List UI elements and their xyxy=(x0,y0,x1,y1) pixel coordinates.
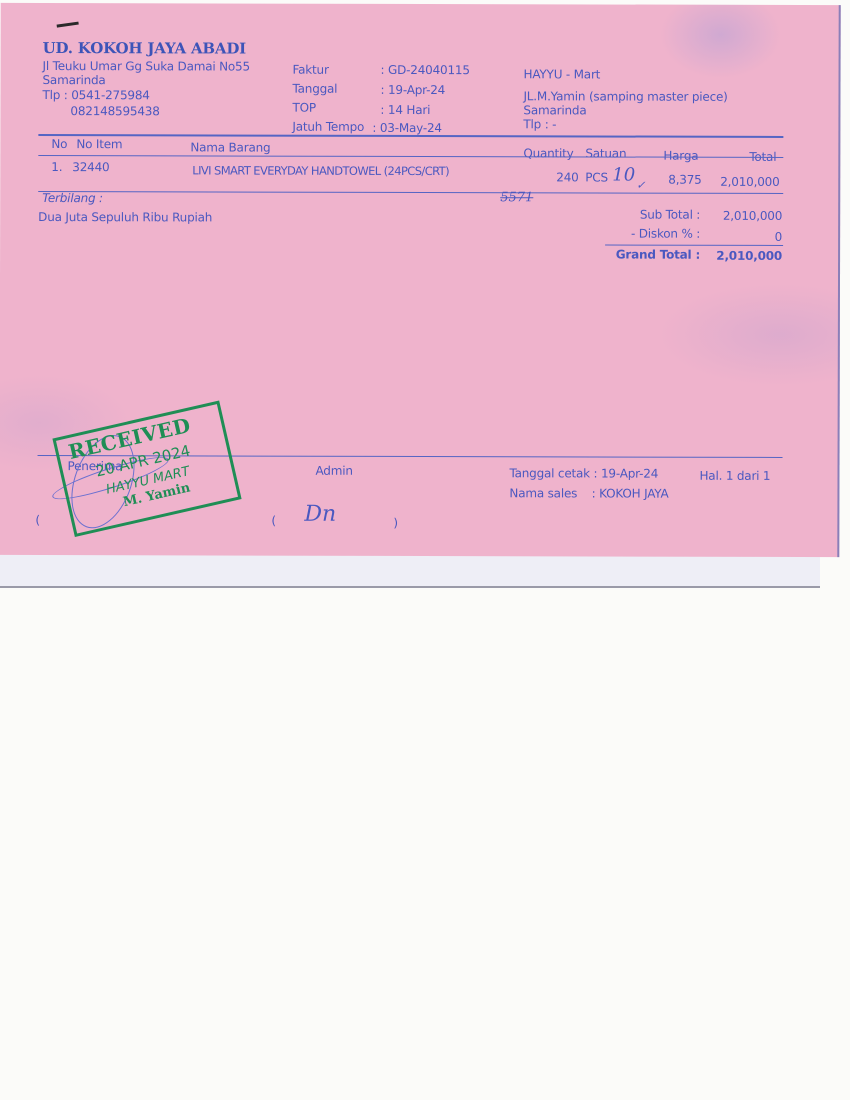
admin-label: Admin xyxy=(315,464,352,478)
table-top-rule xyxy=(38,134,783,138)
admin-signature: Dn xyxy=(304,502,336,527)
grand-total-label: Grand Total : xyxy=(580,247,700,261)
meta-label-tanggal: Tanggal xyxy=(292,82,337,96)
meta-label-jatuh-tempo: Jatuh Tempo xyxy=(292,120,364,134)
summary-rule xyxy=(605,244,783,245)
check-mark: ✓ xyxy=(636,179,645,192)
meta-value-faktur: : GD-24040115 xyxy=(381,63,470,77)
invoice-meta: Faktur : GD-24040115 Tanggal : 19-Apr-24… xyxy=(1,3,839,5)
header-item-name: Nama Barang xyxy=(190,140,270,154)
table-header: No No Item Nama Barang Quantity Satuan H… xyxy=(1,3,839,5)
handwritten-note: 5571 xyxy=(500,190,533,205)
pen-mark xyxy=(57,22,79,28)
buyer-phone: Tlp : - xyxy=(523,117,556,131)
invoice-document: UD. KOKOH JAYA ABADI Jl Teuku Umar Gg Su… xyxy=(0,3,841,557)
row-quantity: 240 xyxy=(556,170,578,184)
admin-sign-close: ) xyxy=(393,516,398,530)
meta-value-tanggal: : 19-Apr-24 xyxy=(380,83,445,97)
table-row: 1. 32440 LIVI SMART EVERYDAY HANDTOWEL (… xyxy=(1,3,839,5)
row-item-no: 32440 xyxy=(72,160,109,174)
terbilang-value: Dua Juta Sepuluh Ribu Rupiah xyxy=(38,210,212,224)
terbilang-label: Terbilang : xyxy=(42,191,103,205)
buyer-address: JL.M.Yamin (samping master piece) xyxy=(523,89,727,104)
discount-label: - Diskon % : xyxy=(580,226,700,240)
print-date: Tanggal cetak : 19-Apr-24 xyxy=(509,466,658,480)
received-stamp: RECEIVED 20 APR 2024 HAYYU MART M. Yamin xyxy=(52,401,241,538)
meta-value-top: : 14 Hari xyxy=(380,103,430,117)
header-no: No xyxy=(51,137,67,151)
row-no: 1. xyxy=(51,160,62,174)
meta-value-jatuh-tempo: : 03-May-24 xyxy=(372,121,442,135)
header-quantity: Quantity xyxy=(523,146,573,160)
seller-name: UD. KOKOH JAYA ABADI xyxy=(43,39,246,58)
row-price: 8,375 xyxy=(668,173,701,187)
subtotal-label: Sub Total : xyxy=(580,207,700,221)
header-unit: Satuan xyxy=(585,146,626,160)
buyer-city: Samarinda xyxy=(523,103,586,117)
seller-phone: Tlp : 0541-275984 xyxy=(42,88,149,102)
seller-city: Samarinda xyxy=(43,73,106,87)
handwritten-count: 10 xyxy=(612,165,635,186)
buyer-name: HAYYU - Mart xyxy=(524,67,601,81)
seller-phone-2: 082148595438 xyxy=(70,104,159,118)
page-indicator: Hal. 1 dari 1 xyxy=(699,469,770,483)
sales-name: Nama sales : KOKOH JAYA xyxy=(509,486,668,500)
header-item-no: No Item xyxy=(76,137,122,151)
row-item-name: LIVI SMART EVERYDAY HANDTOWEL (24PCS/CRT… xyxy=(192,163,449,178)
meta-label-faktur: Faktur xyxy=(293,63,329,77)
row-unit: PCS xyxy=(585,170,608,184)
receiver-sign-open: ( xyxy=(35,513,40,527)
admin-sign-open: ( xyxy=(271,514,276,528)
meta-label-top: TOP xyxy=(292,101,315,115)
seller-address: Jl Teuku Umar Gg Suka Damai No55 xyxy=(43,59,250,74)
row-total: 2,010,000 xyxy=(720,175,779,189)
discount-value: 0 xyxy=(700,230,782,244)
table-bottom-rule xyxy=(38,191,783,194)
subtotal-value: 2,010,000 xyxy=(700,209,782,223)
grand-total-value: 2,010,000 xyxy=(700,249,782,263)
